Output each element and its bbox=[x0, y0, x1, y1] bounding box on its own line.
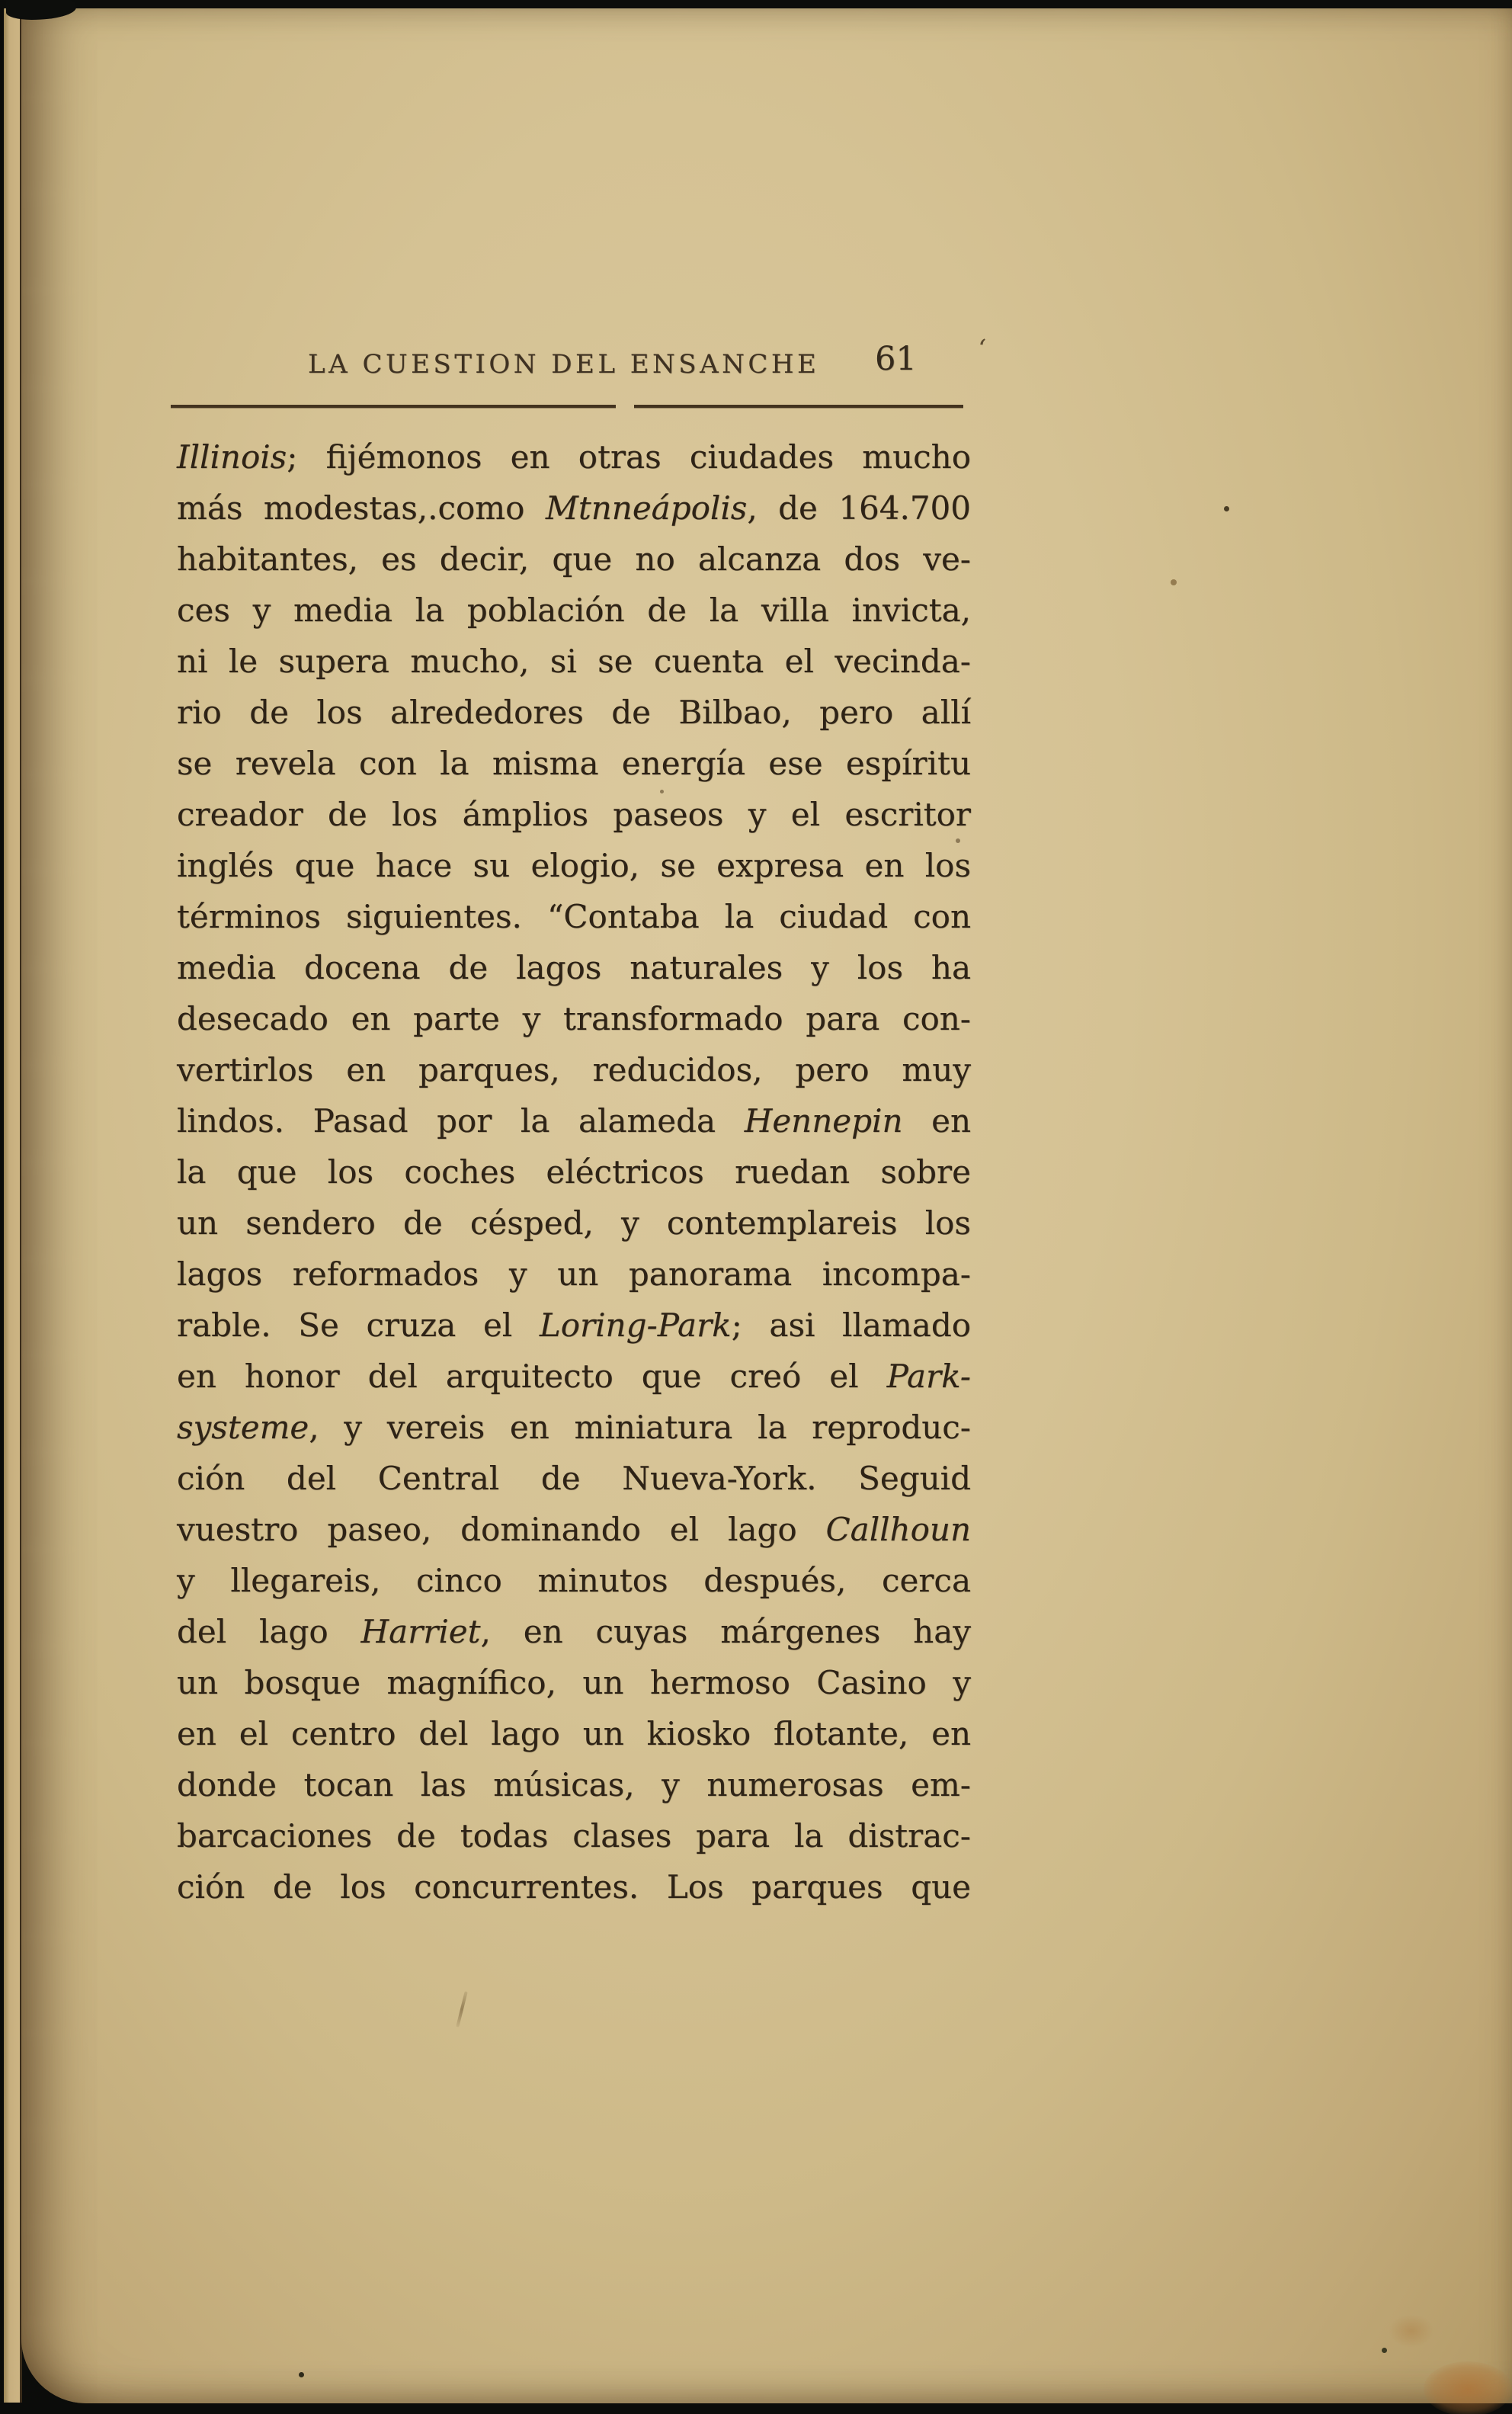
text-line: Illinois; fijémonos en otras ciudades mu… bbox=[177, 431, 971, 482]
ink-speck bbox=[299, 2372, 304, 2377]
text-line: vuestro paseo, dominando el lago Callhou… bbox=[177, 1504, 971, 1555]
book-top-edge bbox=[0, 0, 1512, 8]
text-line: rio de los alrededores de Bilbao, pero a… bbox=[177, 687, 971, 738]
text-line: la que los coches eléctricos ruedan sobr… bbox=[177, 1146, 971, 1197]
text-line: vertirlos en parques, reducidos, pero mu… bbox=[177, 1044, 971, 1095]
rust-stain bbox=[1424, 2361, 1512, 2414]
text-line: habitantes, es decir, que no alcanza dos… bbox=[177, 534, 971, 585]
text-line: términos siguientes. “Contaba la ciudad … bbox=[177, 891, 971, 942]
text-line: inglés que hace su elogio, se expresa en… bbox=[177, 840, 971, 891]
ink-speck bbox=[660, 790, 664, 793]
header-rule-left bbox=[171, 405, 616, 408]
scanned-book-page: { "document": { "header": { "title": "LA… bbox=[0, 0, 1512, 2414]
text-line: desecado en parte y transformado para co… bbox=[177, 993, 971, 1044]
text-line: creador de los ámplios paseos y el escri… bbox=[177, 789, 971, 840]
text-line: un bosque magnífico, un hermoso Casino y bbox=[177, 1657, 971, 1708]
ink-speck bbox=[1382, 2348, 1387, 2353]
header-rule-right bbox=[634, 405, 963, 408]
ink-speck bbox=[1224, 506, 1229, 511]
text-line: del lago Harriet, en cuyas márgenes hay bbox=[177, 1606, 971, 1657]
text-line: rable. Se cruza el Loring-Park; asi llam… bbox=[177, 1300, 971, 1351]
paragraph: Illinois; fijémonos en otras ciudades mu… bbox=[177, 431, 971, 1912]
text-line: y llegareis, cinco minutos después, cerc… bbox=[177, 1555, 971, 1606]
text-line: ni le supera mucho, si se cuenta el veci… bbox=[177, 636, 971, 687]
text-line: donde tocan las músicas, y numerosas em- bbox=[177, 1759, 971, 1810]
text-line: ción del Central de Nueva-York. Seguid bbox=[177, 1453, 971, 1504]
text-line: ces y media la población de la villa inv… bbox=[177, 585, 971, 636]
text-line: más modestas,.como Mtnneápolis, de 164.7… bbox=[177, 482, 971, 534]
ink-speck bbox=[1171, 579, 1177, 585]
text-line: lindos. Pasad por la alameda Hennepin en bbox=[177, 1095, 971, 1146]
page-edge-stack bbox=[4, 7, 22, 2403]
page-number: 61 bbox=[875, 340, 917, 378]
text-line: media docena de lagos naturales y los ha bbox=[177, 942, 971, 993]
text-line: un sendero de césped, y contemplareis lo… bbox=[177, 1197, 971, 1249]
ink-speck bbox=[956, 838, 960, 843]
running-header-title: LA CUESTION DEL ENSANCHE bbox=[308, 349, 819, 380]
rust-stain bbox=[1389, 2314, 1434, 2348]
text-line: barcaciones de todas clases para la dist… bbox=[177, 1810, 971, 1861]
text-line: en honor del arquitecto que creó el Park… bbox=[177, 1351, 971, 1402]
text-line: lagos reformados y un panorama incompa- bbox=[177, 1249, 971, 1300]
text-line: en el centro del lago un kiosko flotante… bbox=[177, 1708, 971, 1759]
text-line: systeme, y vereis en miniatura la reprod… bbox=[177, 1402, 971, 1453]
text-line: se revela con la misma energía ese espír… bbox=[177, 738, 971, 789]
text-line: ción de los concurrentes. Los parques qu… bbox=[177, 1861, 971, 1912]
